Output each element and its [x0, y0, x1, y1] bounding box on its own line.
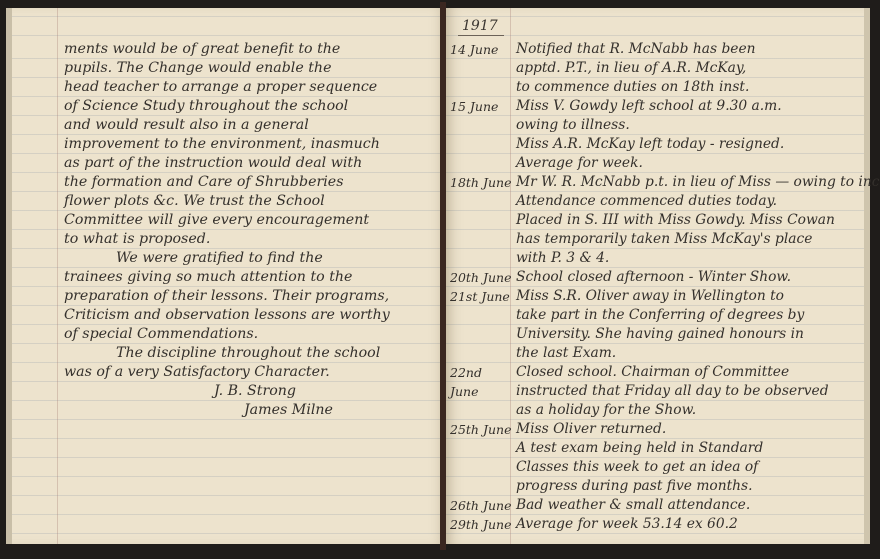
entry-line: Miss A.R. McKay left today - resigned. — [516, 135, 880, 154]
text-line: ments would be of great benefit to the — [64, 40, 390, 59]
entry-line: instructed that Friday all day to be obs… — [516, 382, 880, 401]
entry-line: take part in the Conferring of degrees b… — [516, 306, 880, 325]
entry-line: Mr W. R. McNabb p.t. in lieu of Miss — o… — [516, 173, 880, 192]
entry-line: owing to illness. — [516, 116, 880, 135]
entry-line: Average for week 53.14 ex 60.2 — [516, 515, 880, 534]
entry-line: Closed school. Chairman of Committee — [516, 363, 880, 382]
right-page: 1917 14 June 15 June 18th June 20th June… — [446, 8, 870, 544]
text-line: pupils. The Change would enable the — [64, 59, 390, 78]
entry-line: University. She having gained honours in — [516, 325, 880, 344]
text-line: improvement to the environment, inasmuch — [64, 135, 390, 154]
entry-date: 18th June — [450, 173, 512, 192]
entry-line: Classes this week to get an idea of — [516, 458, 880, 477]
date-column: 14 June 15 June 18th June 20th June 21st… — [450, 40, 512, 534]
entry-line: with P. 3 & 4. — [516, 249, 880, 268]
text-line: The discipline throughout the school — [64, 344, 390, 363]
entry-date: 20th June — [450, 268, 512, 287]
entry-line: as a holiday for the Show. — [516, 401, 880, 420]
entry-date: 26th June — [450, 496, 512, 515]
text-line: to what is proposed. — [64, 230, 390, 249]
left-page-text: ments would be of great benefit to the p… — [64, 40, 390, 420]
entry-line: Bad weather & small attendance. — [516, 496, 880, 515]
entry-line: apptd. P.T., in lieu of A.R. McKay, — [516, 59, 880, 78]
text-line: preparation of their lessons. Their prog… — [64, 287, 390, 306]
entry-line: Miss S.R. Oliver away in Wellington to — [516, 287, 880, 306]
text-line: of special Commendations. — [64, 325, 390, 344]
entry-date: 21st June — [450, 287, 512, 306]
year-heading: 1917 — [458, 18, 504, 36]
signature: James Milne — [64, 401, 390, 420]
signature: J. B. Strong — [64, 382, 390, 401]
entry-date: 22nd June — [450, 363, 512, 382]
open-log-book: ments would be of great benefit to the p… — [6, 8, 872, 550]
text-line: and would result also in a general — [64, 116, 390, 135]
entry-line: progress during past five months. — [516, 477, 880, 496]
text-line: flower plots &c. We trust the School — [64, 192, 390, 211]
entry-date: 15 June — [450, 97, 512, 116]
entry-line: Placed in S. III with Miss Gowdy. Miss C… — [516, 211, 880, 230]
entry-line: to commence duties on 18th inst. — [516, 78, 880, 97]
text-line: We were gratified to find the — [64, 249, 390, 268]
entry-line: has temporarily taken Miss McKay's place — [516, 230, 880, 249]
text-line: was of a very Satisfactory Character. — [64, 363, 390, 382]
entry-line: Attendance commenced duties today. — [516, 192, 880, 211]
text-line: of Science Study throughout the school — [64, 97, 390, 116]
entry-line: Miss Oliver returned. — [516, 420, 880, 439]
text-line: Committee will give every encouragement — [64, 211, 390, 230]
entry-date: 25th June — [450, 420, 512, 439]
entry-date: 14 June — [450, 40, 512, 59]
entry-column: Notified that R. McNabb has been apptd. … — [516, 40, 880, 534]
entry-line: Notified that R. McNabb has been — [516, 40, 880, 59]
text-line: the formation and Care of Shrubberies — [64, 173, 390, 192]
text-line: trainees giving so much attention to the — [64, 268, 390, 287]
entry-date: 29th June — [450, 515, 512, 534]
entry-line: A test exam being held in Standard — [516, 439, 880, 458]
text-line: Criticism and observation lessons are wo… — [64, 306, 390, 325]
entry-line: the last Exam. — [516, 344, 880, 363]
margin-rule — [57, 8, 58, 544]
entry-line: School closed afternoon - Winter Show. — [516, 268, 880, 287]
left-page: ments would be of great benefit to the p… — [6, 8, 446, 544]
text-line: head teacher to arrange a proper sequenc… — [64, 78, 390, 97]
entry-line: Miss V. Gowdy left school at 9.30 a.m. — [516, 97, 880, 116]
text-line: as part of the instruction would deal wi… — [64, 154, 390, 173]
entry-line: Average for week. — [516, 154, 880, 173]
